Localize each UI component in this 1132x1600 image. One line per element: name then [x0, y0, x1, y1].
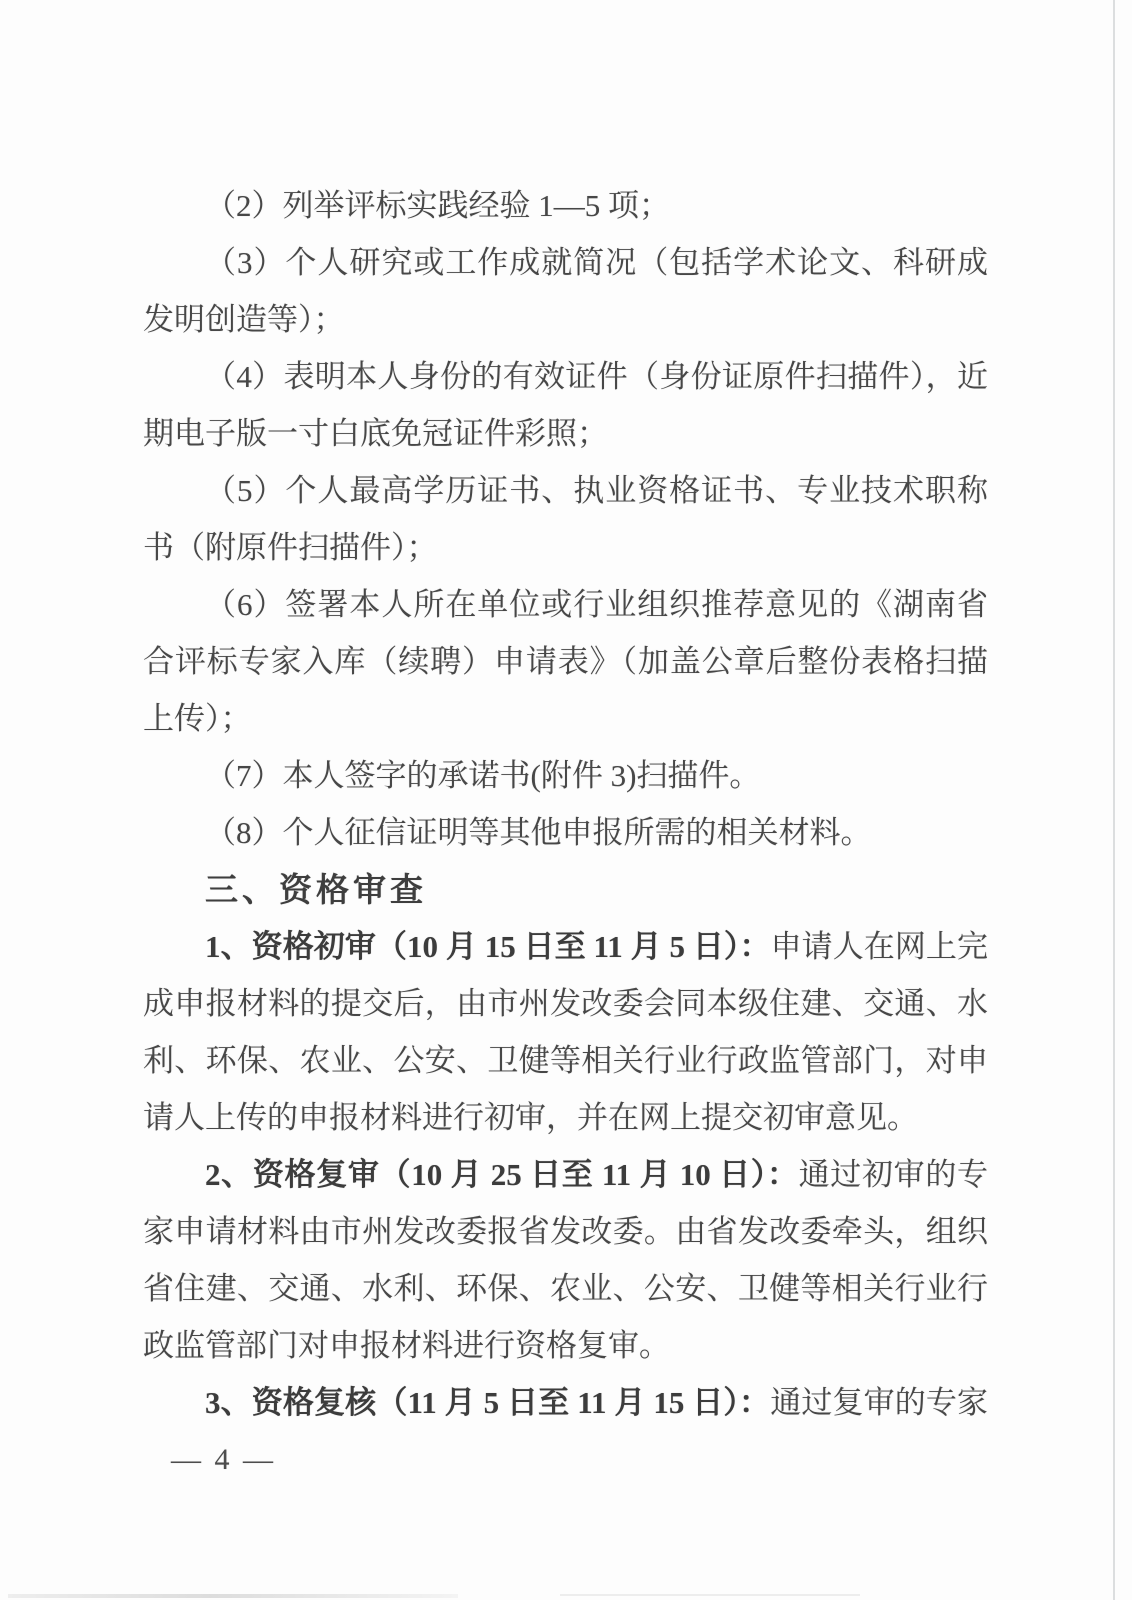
list-item-4-line-2: 期电子版一寸白底免冠证件彩照；	[143, 405, 988, 462]
item-second-review-line-4: 政监管部门对申报材料进行资格复审。	[143, 1317, 988, 1374]
document-body: （2）列举评标实践经验 1—5 项； （3）个人研究或工作成就简况（包括学术论文…	[143, 177, 988, 1488]
list-item-2: （2）列举评标实践经验 1—5 项；	[143, 177, 988, 234]
item-second-review-rest: 通过初审的专	[799, 1157, 988, 1192]
item-initial-review-lead: 1、资格初审（10 月 15 日至 11 月 5 日）：	[205, 929, 771, 964]
list-item-5-line-1: （5）个人最高学历证书、执业资格证书、专业技术职称证	[143, 462, 988, 519]
list-item-6-line-1: （6）签署本人所在单位或行业组织推荐意见的《湖南省综	[143, 576, 988, 633]
page-number: — 4 —	[143, 1431, 988, 1488]
item-initial-review-line-4: 请人上传的申报材料进行初审，并在网上提交初审意见。	[143, 1089, 988, 1146]
document-page: （2）列举评标实践经验 1—5 项； （3）个人研究或工作成就简况（包括学术论文…	[0, 0, 1132, 1600]
item-final-check-lead: 3、资格复核（11 月 5 日至 11 月 15 日）：	[205, 1385, 770, 1420]
scan-smudge-artifact	[8, 1594, 458, 1598]
scan-smudge-artifact	[560, 1594, 860, 1596]
item-final-check-rest: 通过复审的专家	[770, 1385, 988, 1420]
item-initial-review-line-1: 1、资格初审（10 月 15 日至 11 月 5 日）：申请人在网上完	[143, 918, 988, 975]
list-item-6-line-2: 合评标专家入库（续聘）申请表》（加盖公章后整份表格扫描	[143, 633, 988, 690]
list-item-3-line-1: （3）个人研究或工作成就简况（包括学术论文、科研成果、	[143, 234, 988, 291]
item-second-review-line-2: 家申请材料由市州发改委报省发改委。由省发改委牵头，组织	[143, 1203, 988, 1260]
item-initial-review-line-2: 成申报材料的提交后，由市州发改委会同本级住建、交通、水	[143, 975, 988, 1032]
list-item-3-line-2: 发明创造等）；	[143, 291, 988, 348]
scan-edge-artifact	[1113, 0, 1115, 1600]
item-second-review-line-1: 2、资格复审（10 月 25 日至 11 月 10 日）：通过初审的专	[143, 1146, 988, 1203]
section-heading-qualification-review: 三、资格审查	[143, 861, 988, 918]
item-initial-review-rest: 申请人在网上完	[771, 929, 988, 964]
item-second-review-lead: 2、资格复审（10 月 25 日至 11 月 10 日）：	[205, 1157, 799, 1192]
list-item-7: （7）本人签字的承诺书(附件 3)扫描件。	[143, 747, 988, 804]
list-item-4-line-1: （4）表明本人身份的有效证件（身份证原件扫描件），近	[143, 348, 988, 405]
item-final-check-line-1: 3、资格复核（11 月 5 日至 11 月 15 日）：通过复审的专家	[143, 1374, 988, 1431]
list-item-6-line-3: 上传）；	[143, 690, 988, 747]
list-item-5-line-2: 书（附原件扫描件）；	[143, 519, 988, 576]
item-second-review-line-3: 省住建、交通、水利、环保、农业、公安、卫健等相关行业行	[143, 1260, 988, 1317]
list-item-8: （8）个人征信证明等其他申报所需的相关材料。	[143, 804, 988, 861]
item-initial-review-line-3: 利、环保、农业、公安、卫健等相关行业行政监管部门，对申	[143, 1032, 988, 1089]
